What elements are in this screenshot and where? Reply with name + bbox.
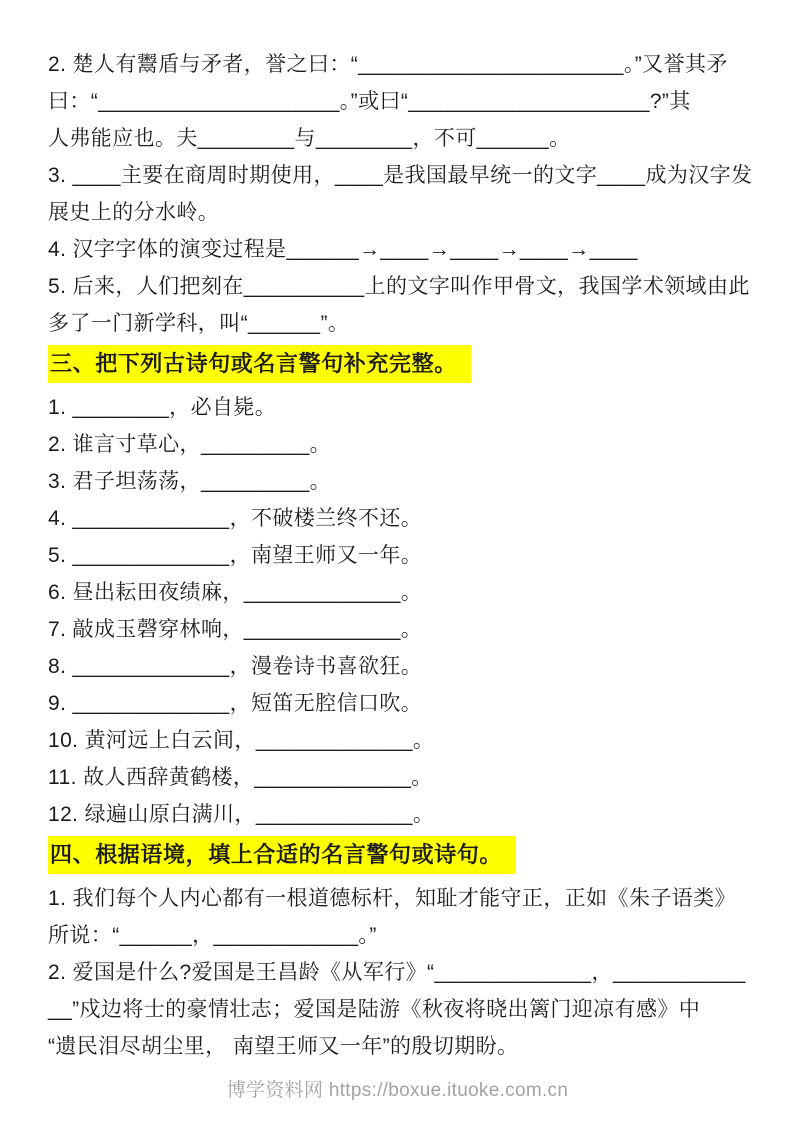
section-three-heading: 三、把下列古诗句或名言警句补充完整。 — [48, 345, 471, 383]
context-question-2-line-2: __”戍边将士的豪情壮志；爱国是陆游《秋夜将晓出篱门迎凉有感》中 — [48, 991, 747, 1028]
context-question-1-line-1: 1. 我们每个人内心都有一根道德标杆，知耻才能守正，正如《朱子语类》 — [48, 880, 747, 917]
poem-item-1: 1. ________，必自毙。 — [48, 389, 747, 426]
question-2-line-3: 人弗能应也。夫________与________，不可______。 — [48, 120, 747, 157]
section-two-fill-in-classical-text: 2. 楚人有鬻盾与矛者，誉之曰：“______________________。… — [48, 46, 747, 342]
poem-item-11: 11. 故人西辞黄鹤楼，_____________。 — [48, 759, 747, 796]
worksheet-page: 2. 楚人有鬻盾与矛者，誉之曰：“______________________。… — [0, 0, 793, 1121]
question-5-line-2: 多了一门新学科，叫“______”。 — [48, 305, 747, 342]
poem-item-12: 12. 绿遍山原白满川，_____________。 — [48, 796, 747, 833]
poem-item-8: 8. _____________，漫卷诗书喜欲狂。 — [48, 648, 747, 685]
section-four-heading: 四、根据语境，填上合适的名言警句或诗句。 — [48, 836, 516, 874]
poem-item-10: 10. 黄河远上白云间，_____________。 — [48, 722, 747, 759]
poem-item-5: 5. _____________，南望王师又一年。 — [48, 537, 747, 574]
context-question-2-line-3: “遗民泪尽胡尘里， 南望王师又一年”的殷切期盼。 — [48, 1028, 747, 1065]
question-2-line-2: 曰：“____________________。”或曰“____________… — [48, 83, 747, 120]
poem-item-7: 7. 敲成玉磬穿林响，_____________。 — [48, 611, 747, 648]
question-2-line-1: 2. 楚人有鬻盾与矛者，誉之曰：“______________________。… — [48, 46, 747, 83]
poem-item-6: 6. 昼出耘田夜绩麻，_____________。 — [48, 574, 747, 611]
section-four-context-questions: 1. 我们每个人内心都有一根道德标杆，知耻才能守正，正如《朱子语类》 所说：“_… — [48, 880, 747, 1065]
poem-item-2: 2. 谁言寸草心，_________。 — [48, 426, 747, 463]
section-four-heading-row: 四、根据语境，填上合适的名言警句或诗句。 — [48, 836, 747, 876]
poem-item-4: 4. _____________，不破楼兰终不还。 — [48, 500, 747, 537]
question-4-evolution-line: 4. 汉字字体的演变过程是______→____→____→____→____ — [48, 231, 747, 268]
question-3-line-1: 3. ____主要在商周时期使用，____是我国最早统一的文字____成为汉字发 — [48, 157, 747, 194]
question-5-line-1: 5. 后来，人们把刻在__________上的文字叫作甲骨文，我国学术领域由此 — [48, 268, 747, 305]
section-three-heading-row: 三、把下列古诗句或名言警句补充完整。 — [48, 345, 747, 385]
poem-item-9: 9. _____________，短笛无腔信口吹。 — [48, 685, 747, 722]
context-question-1-line-2: 所说：“______，____________。” — [48, 917, 747, 954]
question-3-line-2: 展史上的分水岭。 — [48, 194, 747, 231]
context-question-2-line-1: 2. 爱国是什么?爱国是王昌龄《从军行》“_____________，_____… — [48, 954, 747, 991]
footer-watermark: 博学资料网 https://boxue.ituoke.com.cn — [48, 1075, 747, 1102]
section-three-poem-items: 1. ________，必自毙。 2. 谁言寸草心，_________。 3. … — [48, 389, 747, 833]
poem-item-3: 3. 君子坦荡荡，_________。 — [48, 463, 747, 500]
